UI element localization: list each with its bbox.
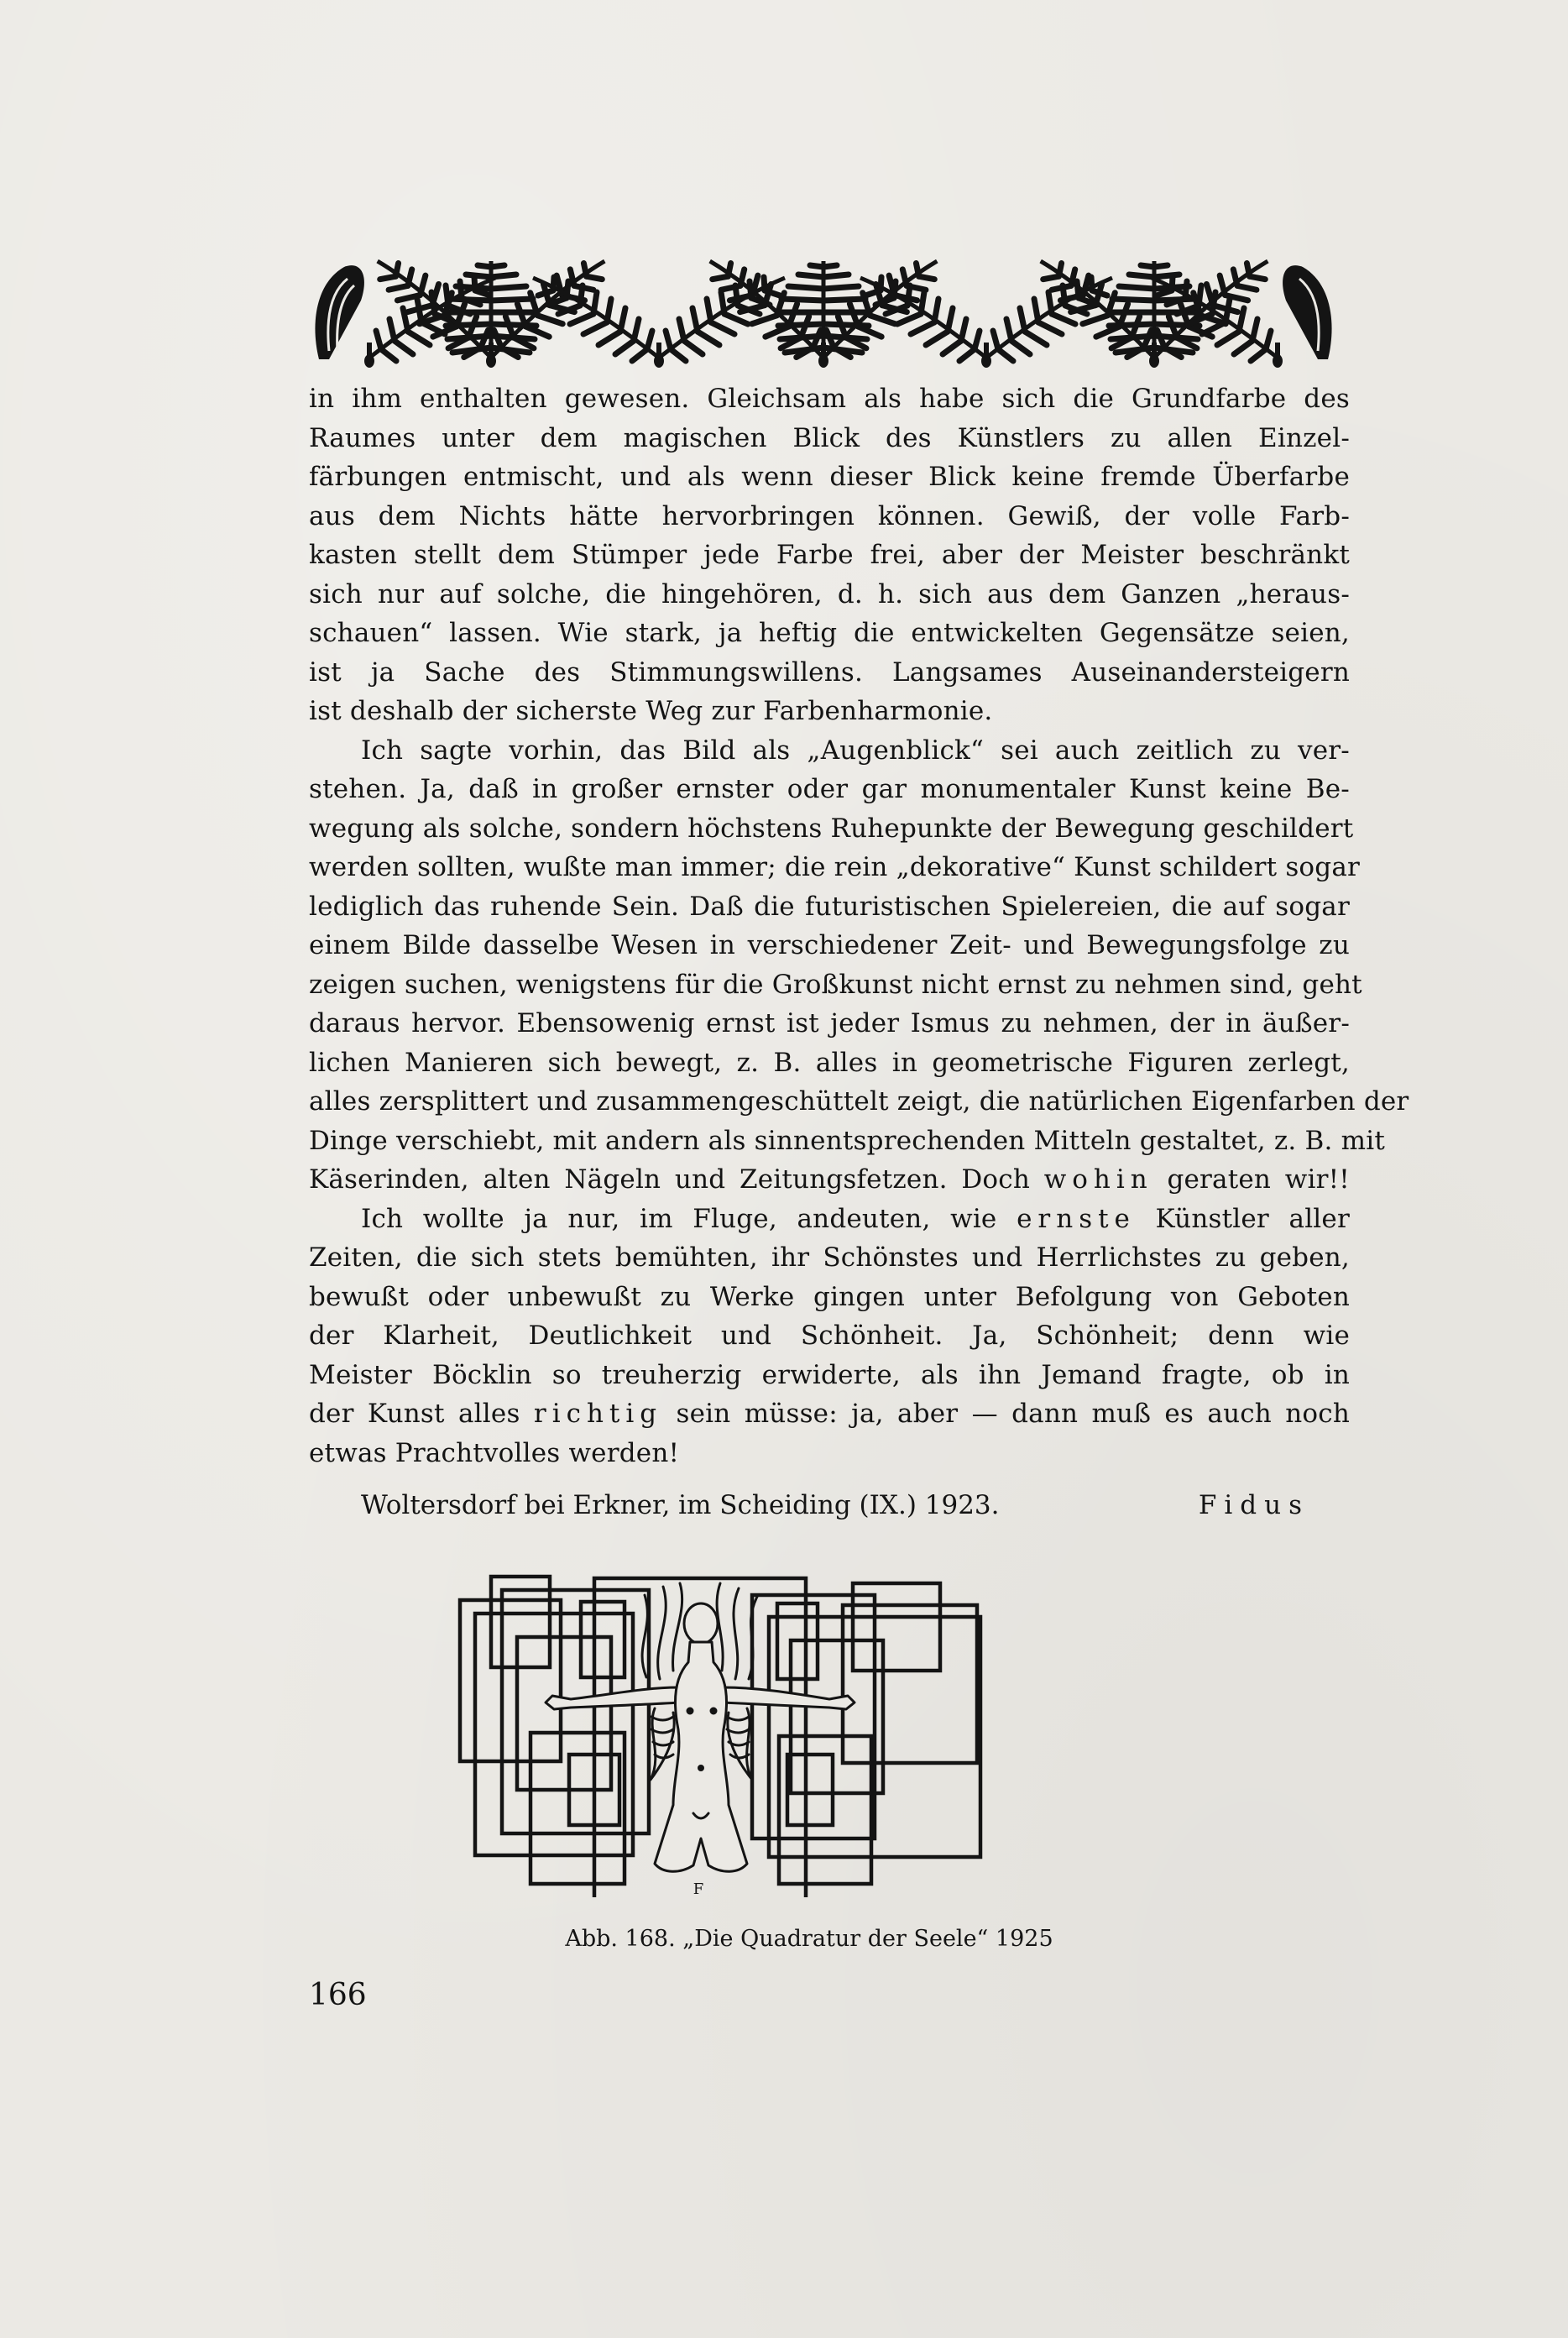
text-line: der Kunst alles richtig sein müsse: ja, … — [309, 1394, 1350, 1434]
kneeling-figure-with-squares-illustration-icon: F — [453, 1561, 1192, 1897]
text-line: sich nur auf solche, die hingehören, d. … — [309, 575, 1350, 615]
text-line: Ich sagte vorhin, das Bild als „Augenbli… — [309, 731, 1350, 771]
text-segment: Künstler aller — [1155, 1204, 1350, 1234]
text-line: Raumes unter dem magischen Blick des Kün… — [309, 419, 1350, 458]
text-line: etwas Prachtvolles werden! — [309, 1434, 1350, 1473]
text-line: kasten stellt dem Stümper jede Farbe fre… — [309, 536, 1350, 575]
author-signature: Fidus — [1199, 1486, 1309, 1525]
figure-caption: Abb. 168. „Die Quadratur der Seele“ 1925 — [0, 1922, 1568, 1956]
emphasized-word: ernste — [1017, 1204, 1136, 1234]
text-line: ist deshalb der sicherste Weg zur Farben… — [309, 692, 1350, 731]
text-line: lichen Manieren sich bewegt, z. B. alles… — [309, 1043, 1350, 1083]
emphasized-word: richtig — [534, 1399, 662, 1429]
text-line: ist ja Sache des Stimmungswillens. Langs… — [309, 653, 1350, 693]
place-and-date: Woltersdorf bei Erkner, im Scheiding (IX… — [361, 1486, 1000, 1525]
emphasized-word: wohin — [1044, 1164, 1153, 1195]
text-line: wegung als solche, sondern höchstens Ruh… — [309, 809, 1350, 849]
text-segment: sein müsse: ja, aber — dann muß es auch … — [676, 1399, 1350, 1429]
text-line: aus dem Nichts hätte hervorbringen könne… — [309, 497, 1350, 536]
text-line: alles zersplittert und zusammengeschütte… — [309, 1082, 1350, 1122]
fern-frieze-ornament-icon — [311, 250, 1336, 369]
text-line: der Klarheit, Deutlichkeit und Schönheit… — [309, 1316, 1350, 1356]
text-segment: Ich wollte ja nur, im Fluge, andeuten, w… — [361, 1204, 996, 1234]
text-segment: geraten wir!! — [1167, 1164, 1350, 1195]
text-line: werden sollten, wußte man immer; die rei… — [309, 848, 1350, 887]
paragraph-2: Ich sagte vorhin, das Bild als „Augenbli… — [309, 731, 1350, 1200]
text-line: färbungen entmischt, und als wenn dieser… — [309, 458, 1350, 497]
text-segment: der Kunst alles — [309, 1399, 520, 1429]
text-line: Ich wollte ja nur, im Fluge, andeuten, w… — [309, 1200, 1350, 1239]
text-line: Meister Böcklin so treuherzig erwiderte,… — [309, 1356, 1350, 1395]
paragraph-1: in ihm enthalten gewesen. Gleichsam als … — [309, 379, 1350, 731]
text-line: zeigen suchen, wenigstens für die Großku… — [309, 965, 1350, 1005]
artist-monogram: F — [693, 1880, 704, 1897]
text-line: daraus hervor. Ebensowenig ernst ist jed… — [309, 1004, 1350, 1043]
text-line: einem Bilde dasselbe Wesen in verschiede… — [309, 926, 1350, 965]
text-line: Zeiten, die sich stets bemühten, ihr Sch… — [309, 1238, 1350, 1278]
paragraph-3: Ich wollte ja nur, im Fluge, andeuten, w… — [309, 1200, 1350, 1473]
text-line: Käserinden, alten Nägeln und Zeitungsfet… — [309, 1160, 1350, 1200]
text-line: schauen“ lassen. Wie stark, ja heftig di… — [309, 614, 1350, 653]
page-number: 166 — [309, 1977, 367, 2014]
text-line: in ihm enthalten gewesen. Gleichsam als … — [309, 379, 1350, 419]
body-text: in ihm enthalten gewesen. Gleichsam als … — [309, 379, 1350, 1472]
text-line: bewußt oder unbewußt zu Werke gingen unt… — [309, 1278, 1350, 1317]
signature-row: Woltersdorf bei Erkner, im Scheiding (IX… — [361, 1486, 1309, 1525]
text-line: lediglich das ruhende Sein. Daß die futu… — [309, 887, 1350, 927]
text-segment: Käserinden, alten Nägeln und Zeitungsfet… — [309, 1164, 1030, 1195]
text-line: stehen. Ja, daß in großer ernster oder g… — [309, 770, 1350, 809]
text-line: Dinge verschiebt, mit andern als sinnent… — [309, 1122, 1350, 1161]
book-page: in ihm enthalten gewesen. Gleichsam als … — [0, 0, 1568, 2338]
